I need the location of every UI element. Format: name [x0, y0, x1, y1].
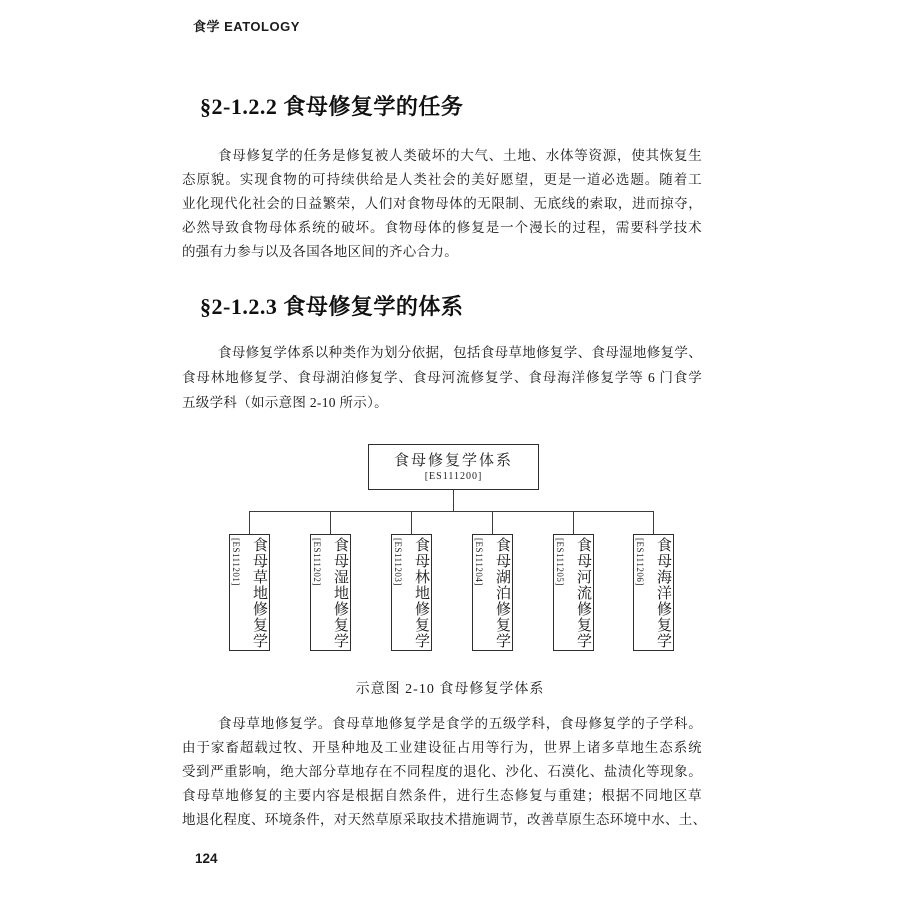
paragraph-line: 态原貌。实现食物的可持续供给是人类社会的美好愿望，更是一道必选题。随着工 [182, 168, 702, 192]
node-title: 食母林地修复学 [411, 537, 432, 649]
section-heading-2122: §2-1.2.2 食母修复学的任务 [200, 90, 463, 121]
book-page: 食学 EATOLOGY §2-1.2.2 食母修复学的任务 食母修复学的任务是修… [0, 0, 900, 900]
node-code: [ES111202] [312, 538, 322, 586]
paragraph-line: 食母修复学体系以种类作为划分依据，包括食母草地修复学、食母湿地修复学、 [182, 340, 702, 365]
connector-drop-line [249, 511, 250, 534]
connector-horizontal-line [249, 511, 654, 512]
paragraph-line: 食母修复学的任务是修复被人类破坏的大气、土地、水体等资源，使其恢复生 [182, 144, 702, 168]
root-node-code: [ES111200] [369, 471, 538, 482]
connector-drop-line [573, 511, 574, 534]
connector-drop-line [653, 511, 654, 534]
node-title: 食母河流修复学 [573, 537, 594, 649]
paragraph-grassland: 食母草地修复学。食母草地修复学是食学的五级学科，食母修复学的子学科。 由于家畜超… [182, 712, 702, 832]
node-code: [ES111204] [474, 538, 484, 586]
paragraph-line: 五级学科（如示意图 2-10 所示）。 [182, 390, 702, 415]
connector-drop-line [492, 511, 493, 534]
node-title: 食母草地修复学 [249, 537, 270, 649]
connector-drop-line [330, 511, 331, 534]
org-chart-child-box-grassland: [ES111201] 食母草地修复学 [229, 534, 270, 651]
org-chart-child-box-forest: [ES111203] 食母林地修复学 [391, 534, 432, 651]
paragraph-line: 地退化程度、环境条件，对天然草原采取技术措施调节，改善草原生态环境中水、土、 [182, 808, 702, 832]
paragraph-system: 食母修复学体系以种类作为划分依据，包括食母草地修复学、食母湿地修复学、 食母林地… [182, 340, 702, 415]
connector-stem-line [453, 490, 454, 511]
paragraph-line: 食母草地修复的主要内容是根据自然条件，进行生态修复与重建；根据不同地区草 [182, 784, 702, 808]
node-title: 食母湖泊修复学 [492, 537, 513, 649]
node-code: [ES111201] [231, 538, 241, 586]
org-chart-child-box-river: [ES111205] 食母河流修复学 [553, 534, 594, 651]
running-header: 食学 EATOLOGY [193, 16, 300, 35]
page-number: 124 [195, 851, 218, 866]
connector-drop-line [411, 511, 412, 534]
node-title: 食母湿地修复学 [330, 537, 351, 649]
org-chart-child-box-ocean: [ES111206] 食母海洋修复学 [633, 534, 674, 651]
paragraph-line: 必然导致食物母体系统的破坏。食物母体的修复是一个漫长的过程，需要科学技术 [182, 216, 702, 240]
paragraph-line: 业化现代化社会的日益繁荣，人们对食物母体的无限制、无底线的索取，进而掠夺， [182, 192, 702, 216]
paragraph-line: 的强有力参与以及各国各地区间的齐心合力。 [182, 240, 702, 264]
section-heading-2123: §2-1.2.3 食母修复学的体系 [200, 290, 463, 321]
paragraph-line: 食母草地修复学。食母草地修复学是食学的五级学科，食母修复学的子学科。 [182, 712, 702, 736]
paragraph-line: 食母林地修复学、食母湖泊修复学、食母河流修复学、食母海洋修复学等 6 门食学 [182, 365, 702, 390]
org-chart-child-box-lake: [ES111204] 食母湖泊修复学 [472, 534, 513, 651]
org-chart-root-box: 食母修复学体系 [ES111200] [368, 444, 539, 490]
root-node-title: 食母修复学体系 [369, 449, 538, 470]
paragraph-line: 由于家畜超载过牧、开垦种地及工业建设征占用等行为，世界上诸多草地生态系统 [182, 736, 702, 760]
node-code: [ES111206] [635, 538, 645, 586]
paragraph-task: 食母修复学的任务是修复被人类破坏的大气、土地、水体等资源，使其恢复生 态原貌。实… [182, 144, 702, 264]
node-title: 食母海洋修复学 [653, 537, 674, 649]
node-code: [ES111205] [555, 538, 565, 586]
node-code: [ES111203] [393, 538, 403, 586]
org-chart-child-box-wetland: [ES111202] 食母湿地修复学 [310, 534, 351, 651]
paragraph-line: 受到严重影响，绝大部分草地存在不同程度的退化、沙化、石漠化、盐渍化等现象。 [182, 760, 702, 784]
org-chart-figure: 食母修复学体系 [ES111200] [ES111201] 食母草地修复学 [E… [180, 444, 720, 660]
figure-caption: 示意图 2-10 食母修复学体系 [180, 678, 720, 698]
